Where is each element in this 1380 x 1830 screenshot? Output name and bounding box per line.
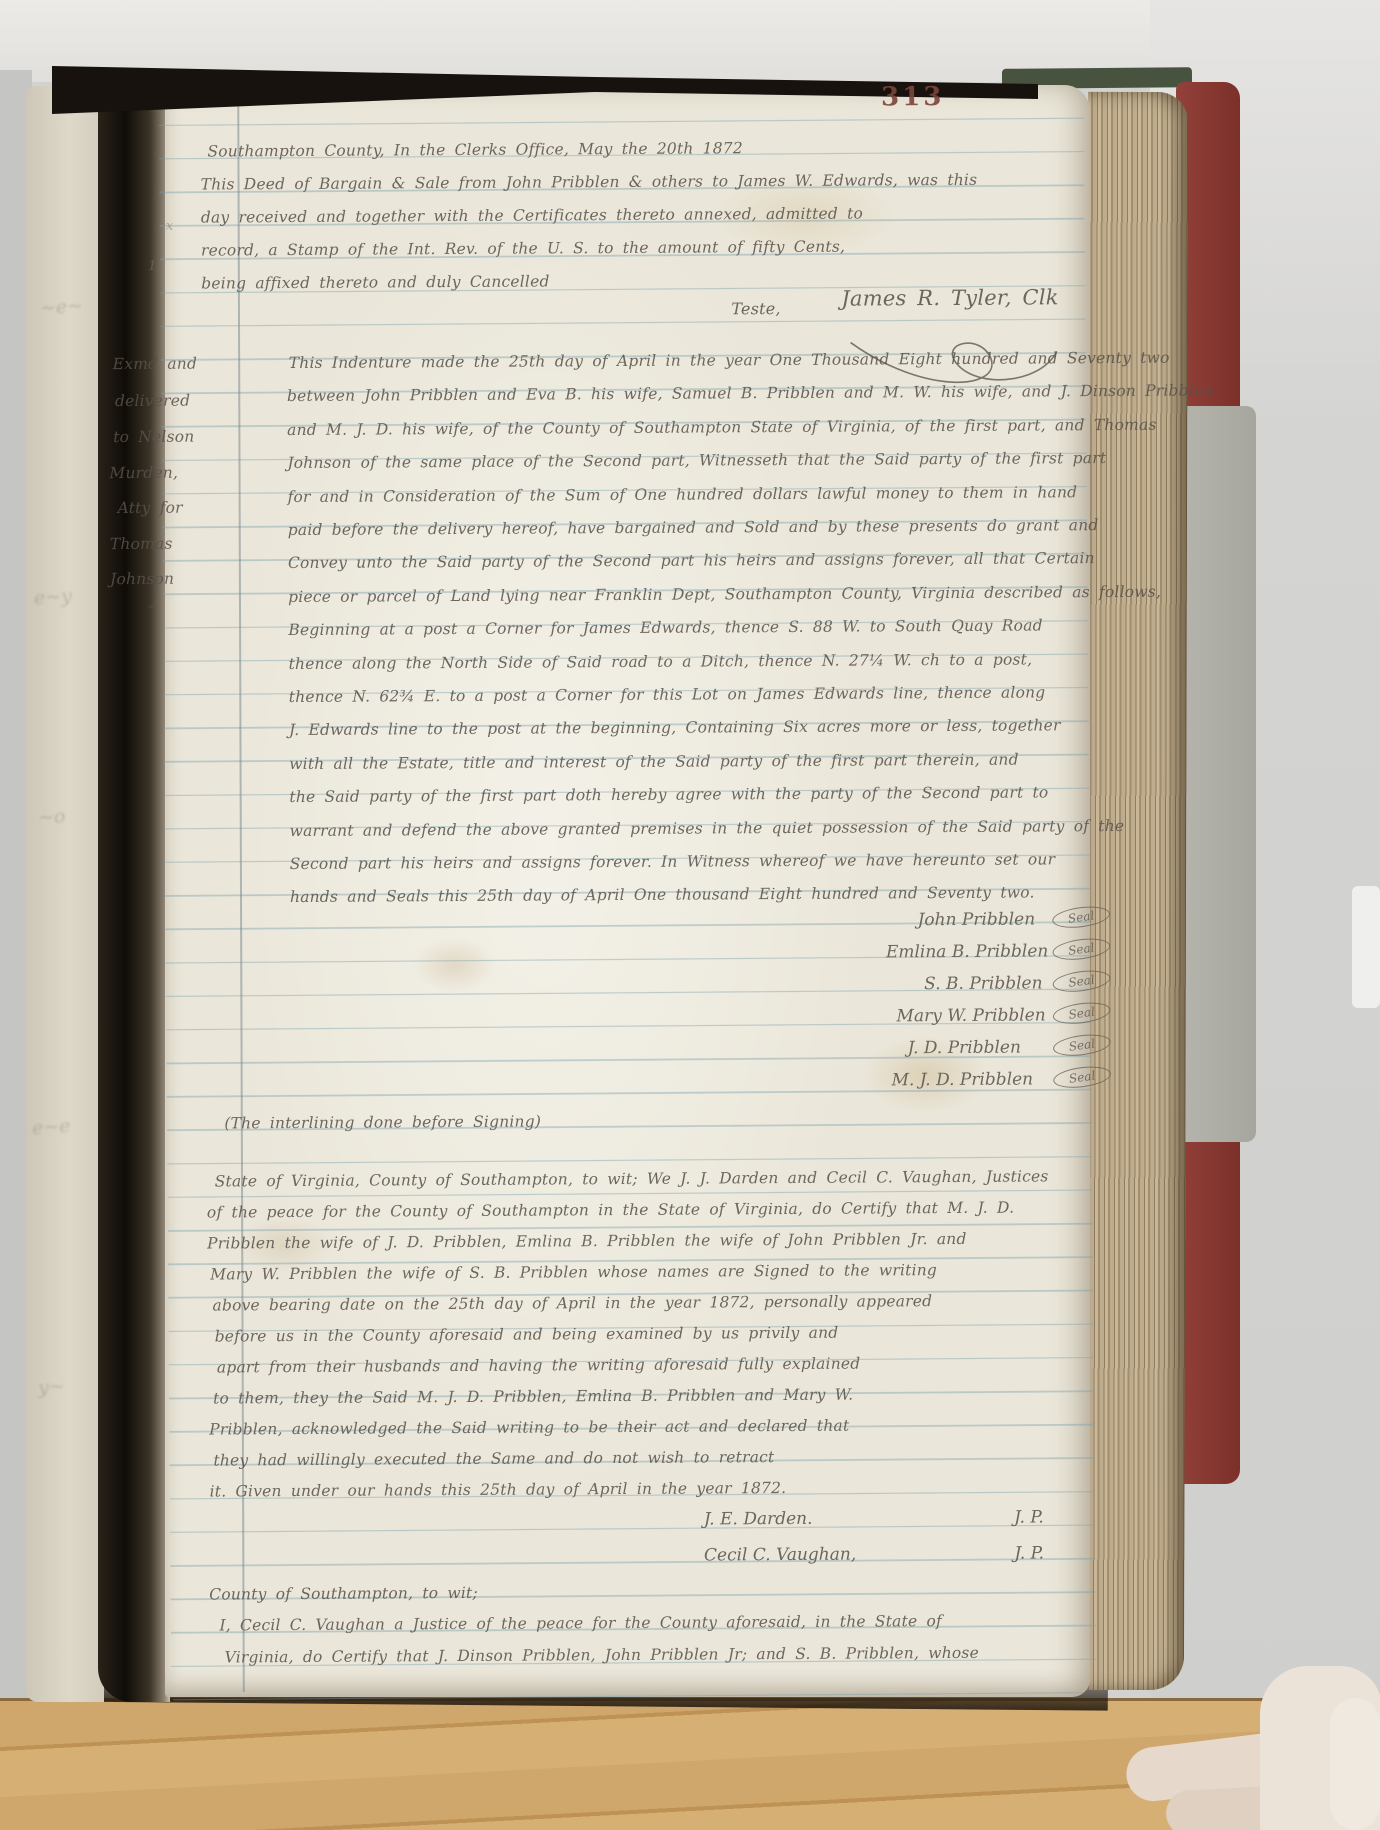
deed-line: between John Pribblen and Eva B. his wif… — [287, 381, 1214, 405]
seal-stamp: Seal — [1051, 968, 1111, 995]
jp-signature-name: Cecil C. Vaughan, — [704, 1545, 856, 1566]
jp-signature-name: J. E. Darden. — [704, 1509, 813, 1530]
deed-line: thence N. 62¾ E. to a post a Corner for … — [289, 683, 1046, 706]
margin-note-line: delivered — [115, 392, 190, 410]
margin-note-line: Atty for — [118, 499, 183, 517]
deed-line: Second part his heirs and assigns foreve… — [290, 850, 1056, 873]
ack-line: they had willingly executed the Same and… — [213, 1448, 774, 1469]
ack-line: Pribblen, acknowledged the Said writing … — [209, 1417, 849, 1439]
deed-line: paid before the delivery hereof, have ba… — [288, 516, 1099, 539]
interlining-note: (The interlining done before Signing) — [224, 1112, 541, 1132]
clerk-note-line: being affixed thereto and duly Cancelled — [201, 272, 549, 292]
margin-note-ditto: ″ — [148, 603, 154, 621]
jp-signature-title: J. P. — [1014, 1543, 1044, 1563]
ack-line: apart from their husbands and having the… — [217, 1355, 861, 1377]
deed-line: J. Edwards line to the post at the begin… — [289, 716, 1061, 739]
deed-line: with all the Estate, title and interest … — [289, 751, 1019, 773]
clerk-signature: James R. Tyler, Clk — [841, 285, 1058, 310]
seal-stamp: Seal — [1051, 936, 1111, 963]
deed-line: warrant and defend the above granted pre… — [290, 817, 1125, 840]
finger — [1330, 1698, 1380, 1830]
deed-line: Johnson of the same place of the Second … — [287, 449, 1106, 472]
signature-name: Mary W. Pribblen — [896, 1005, 1045, 1026]
clerk-note-line: day received and together with the Certi… — [201, 205, 863, 227]
clerk-note-line: This Deed of Bargain & Sale from John Pr… — [201, 171, 978, 194]
margin-note-line: Murden, — [109, 464, 178, 482]
certificate-line: Virginia, do Certify that J. Dinson Prib… — [225, 1644, 979, 1667]
seal-stamp: Seal — [1052, 1032, 1112, 1059]
signature-name: J. D. Pribblen — [907, 1038, 1020, 1059]
ack-line: above bearing date on the 25th day of Ap… — [212, 1292, 932, 1314]
deed-line: piece or parcel of Land lying near Frank… — [288, 583, 1161, 606]
teste-label: Teste, — [731, 299, 780, 318]
margin-note-line: Thomas — [110, 535, 173, 553]
ack-line: it. Given under our hands this 25th day … — [210, 1479, 787, 1501]
ack-line: Pribblen the wife of J. D. Pribblen, Eml… — [207, 1230, 967, 1253]
signature-name: Emlina B. Pribblen — [886, 941, 1049, 962]
pencil-mark: 1 — [148, 259, 156, 274]
ack-line: of the peace for the County of Southampt… — [207, 1199, 1014, 1222]
margin-note-line: Exmd and — [113, 355, 197, 374]
jp-signature-row: J. E. Darden. J. P. — [704, 1507, 1044, 1529]
ack-line: State of Virginia, County of Southampton… — [215, 1167, 1049, 1190]
margin-note-line: Johnson — [110, 570, 174, 588]
seal-stamp: Seal — [1052, 1064, 1112, 1091]
clerk-note-line: record, a Stamp of the Int. Rev. of the … — [201, 238, 845, 260]
ack-line: to them, they the Said M. J. D. Pribblen… — [213, 1386, 853, 1408]
certificate-line: I, Cecil C. Vaughan a Justice of the pea… — [219, 1612, 942, 1634]
pencil-mark: x — [166, 219, 173, 234]
margin-note-line: to Nelson — [113, 428, 194, 446]
jp-signature-title: J. P. — [1014, 1507, 1044, 1527]
photo-of-deed-book: ~e~ e~y ~o e~e y~ 313 Southampton County… — [0, 0, 1380, 1830]
deed-line: thence along the North Side of Said road… — [288, 650, 1032, 673]
page-content: 313 Southampton County, In the Clerks Of… — [0, 0, 1380, 1830]
deed-line: Beginning at a post a Corner for James E… — [288, 616, 1043, 639]
certificate-line: County of Southampton, to wit; — [209, 1584, 478, 1604]
signature-name: John Pribblen — [917, 909, 1035, 930]
deed-line: for and in Consideration of the Sum of O… — [287, 483, 1077, 506]
ack-line: before us in the County aforesaid and be… — [215, 1324, 839, 1346]
deed-line: the Said party of the first part doth he… — [289, 783, 1048, 806]
seal-stamp: Seal — [1052, 1000, 1112, 1027]
signature-name: M. J. D. Pribblen — [891, 1069, 1033, 1090]
deed-line: and M. J. D. his wife, of the County of … — [287, 416, 1157, 439]
ack-line: Mary W. Pribblen the wife of S. B. Pribb… — [210, 1261, 937, 1283]
page-number: 313 — [881, 82, 944, 112]
deed-line: Convey unto the Said party of the Second… — [288, 549, 1095, 572]
jp-signature-row: Cecil C. Vaughan, J. P. — [704, 1543, 1044, 1565]
seal-stamp: Seal — [1051, 904, 1111, 931]
deed-line: hands and Seals this 25th day of April O… — [290, 883, 1035, 906]
clerk-note-line: Southampton County, In the Clerks Office… — [207, 139, 743, 160]
signature-name: S. B. Pribblen — [924, 973, 1042, 994]
